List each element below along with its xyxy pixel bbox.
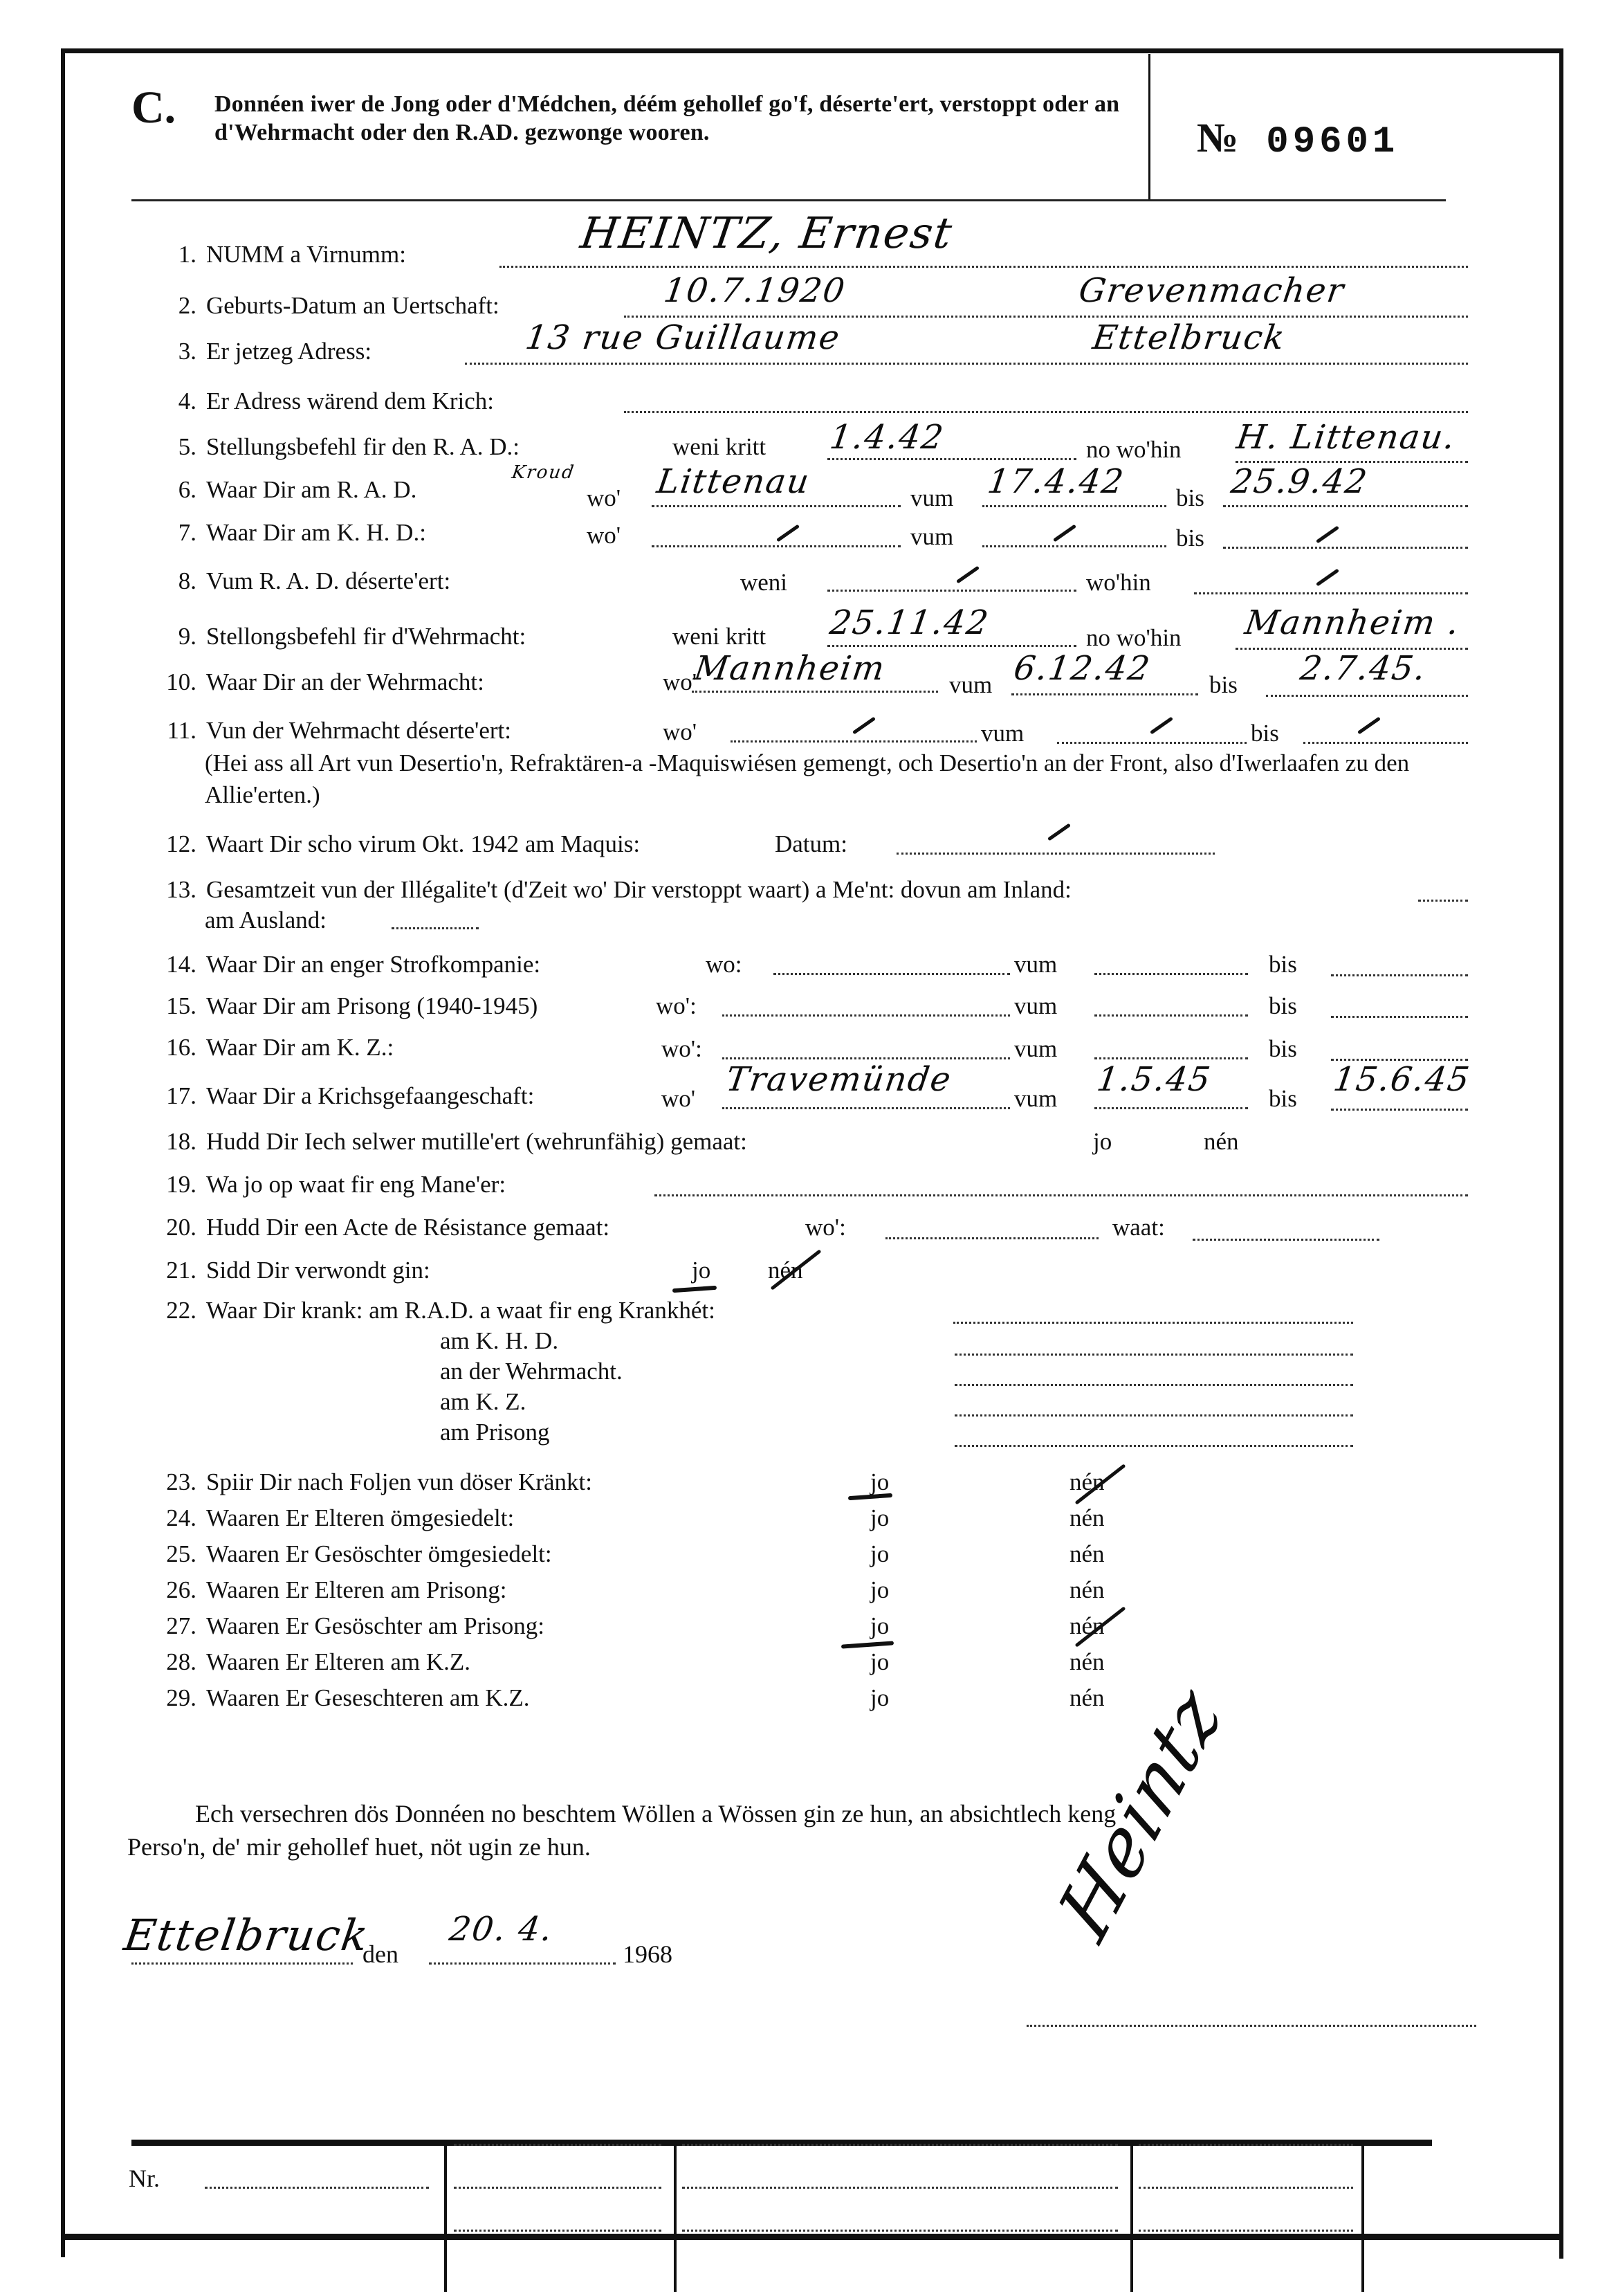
field-6-to-input[interactable]	[1223, 505, 1468, 507]
field-6-where-input[interactable]	[652, 505, 901, 507]
field-1-value[interactable]: HEINTZ, Ernest	[578, 208, 956, 258]
field-8-where-input[interactable]	[1194, 592, 1468, 594]
field-8-when-dash	[956, 566, 980, 584]
footer-cell-2-2[interactable]	[454, 2187, 661, 2189]
field-1-input[interactable]	[499, 266, 1468, 268]
field-11-to-dash	[1357, 717, 1381, 735]
field-13: 13.Gesamtzeit vun der Illégalite't (d'Ze…	[147, 873, 1072, 906]
field-9-where[interactable]: Mannheim .	[1242, 603, 1462, 642]
field-6-from[interactable]: 17.4.42	[985, 462, 1127, 501]
field-24-yes[interactable]: jo	[870, 1502, 889, 1535]
field-22: 22.Waar Dir krank: am R.A.D. a waat fir …	[147, 1294, 715, 1327]
field-26-yes[interactable]: jo	[870, 1574, 889, 1607]
field-7-from-dash	[1053, 525, 1076, 543]
field-17-from[interactable]: 1.5.45	[1094, 1060, 1214, 1099]
field-10-where[interactable]: Mannheim	[692, 649, 888, 688]
field-10-from[interactable]: 6.12.42	[1011, 649, 1153, 688]
field-17-where[interactable]: Travemünde	[724, 1060, 954, 1099]
field-21-yes-mark	[672, 1286, 717, 1293]
field-5-where[interactable]: H. Littenau.	[1234, 418, 1458, 457]
field-4: 4.Er Adress wärend dem Krich:	[147, 385, 494, 418]
frame-bottom-border	[61, 2234, 1563, 2240]
place-value[interactable]: Ettelbruck	[121, 1910, 372, 1960]
field-6: 6.Waar Dir am R. A. D.	[147, 473, 416, 507]
field-25-no[interactable]: nén	[1069, 1538, 1105, 1571]
header-separator	[1148, 54, 1150, 199]
field-14-from-input[interactable]	[1094, 973, 1248, 975]
field-6-where[interactable]: Littenau	[654, 462, 813, 501]
date-value[interactable]: 20. 4.	[447, 1910, 555, 1949]
field-17-where-input[interactable]	[722, 1107, 1010, 1109]
nr-label: Nr.	[129, 2162, 160, 2195]
footer-cell-2-3[interactable]	[454, 2230, 661, 2232]
field-15-where-input[interactable]	[722, 1014, 1010, 1017]
field-15: 15.Waar Dir am Prisong (1940-1945)	[147, 990, 538, 1023]
place-input[interactable]	[131, 1962, 353, 1965]
field-24-no[interactable]: nén	[1069, 1502, 1105, 1535]
footer-cell-2-1[interactable]	[454, 2144, 661, 2146]
field-2-place[interactable]: Grevenmacher	[1076, 271, 1347, 310]
footer-col-divider-3	[1130, 2145, 1133, 2292]
field-21: 21.Sidd Dir verwondt gin:	[147, 1254, 430, 1287]
field-22-rad-input[interactable]	[953, 1322, 1353, 1324]
field-11-where-dash	[852, 717, 876, 735]
den-label: den	[362, 1938, 398, 1971]
frame-left-border	[61, 50, 65, 2257]
numero-sign: №	[1197, 115, 1238, 161]
field-11-to-input[interactable]	[1303, 742, 1468, 744]
field-6-annotation: Kroud	[511, 462, 576, 483]
field-18: 18.Hudd Dir Iech selwer mutille'ert (weh…	[147, 1125, 747, 1158]
field-20: 20.Hudd Dir een Acte de Résistance gemaa…	[147, 1211, 609, 1244]
field-3-input[interactable]	[465, 363, 1468, 365]
footer-col-divider-4	[1361, 2145, 1364, 2292]
footer-col-divider-2	[674, 2145, 677, 2292]
field-26: 26.Waaren Er Elteren am Prisong:	[147, 1574, 507, 1607]
year-label: 1968	[623, 1938, 672, 1971]
field-12-input[interactable]	[897, 853, 1215, 855]
field-17-to-input[interactable]	[1331, 1109, 1468, 1111]
field-12: 12.Waart Dir scho virum Okt. 1942 am Maq…	[147, 828, 640, 861]
field-9-when-input[interactable]	[827, 645, 1076, 647]
field-19: 19.Wa jo op waat fir eng Mane'er:	[147, 1168, 506, 1201]
field-22-kz-input[interactable]	[955, 1414, 1353, 1416]
field-7-from-input[interactable]	[982, 545, 1166, 547]
field-4-input[interactable]	[624, 411, 1468, 413]
signature-line[interactable]	[1027, 2025, 1476, 2027]
field-9: 9.Stellongsbefehl fir d'Wehrmacht:	[147, 620, 526, 653]
field-3-town[interactable]: Ettelbruck	[1090, 318, 1288, 357]
nr-input[interactable]	[205, 2187, 429, 2189]
field-6-from-input[interactable]	[982, 505, 1166, 507]
field-13-abroad-input[interactable]	[392, 927, 479, 929]
field-28-yes[interactable]: jo	[870, 1646, 889, 1679]
field-7-where-dash	[776, 525, 800, 543]
field-13-inland-input[interactable]	[1418, 900, 1468, 902]
field-18-yes[interactable]: jo	[1093, 1125, 1112, 1158]
field-29-yes[interactable]: jo	[870, 1682, 889, 1715]
section-letter: C.	[131, 82, 176, 134]
field-6-to[interactable]: 25.9.42	[1229, 462, 1370, 501]
serial-value: 09601	[1266, 121, 1399, 163]
field-17-to[interactable]: 15.6.45	[1331, 1060, 1473, 1099]
field-17-from-input[interactable]	[1094, 1107, 1248, 1109]
field-21-yes[interactable]: jo	[692, 1254, 710, 1287]
field-3-street[interactable]: 13 rue Guillaume	[523, 318, 843, 357]
field-20-what-input[interactable]	[1193, 1239, 1379, 1241]
field-17: 17.Waar Dir a Krichsgefaangeschaft:	[147, 1079, 534, 1113]
field-7-to-dash	[1316, 526, 1339, 544]
field-8-where-dash	[1316, 569, 1339, 587]
field-15-from-input[interactable]	[1094, 1014, 1248, 1017]
field-5-when[interactable]: 1.4.42	[827, 418, 947, 457]
field-10-to[interactable]: 2.7.45.	[1298, 649, 1429, 688]
field-11-from-input[interactable]	[1057, 742, 1247, 744]
field-29-no[interactable]: nén	[1069, 1682, 1105, 1715]
field-12-dash	[1047, 823, 1071, 841]
field-8: 8.Vum R. A. D. déserte'ert:	[147, 565, 450, 598]
date-input[interactable]	[429, 1962, 616, 1965]
field-8-when-input[interactable]	[827, 590, 1076, 592]
field-16: 16.Waar Dir am K. Z.:	[147, 1031, 394, 1064]
field-25: 25.Waaren Er Gesöschter ömgesiedelt:	[147, 1538, 552, 1571]
frame-right-border	[1559, 51, 1563, 2259]
field-28-no[interactable]: nén	[1069, 1646, 1105, 1679]
field-11: 11.Vun der Wehrmacht déserte'ert:	[147, 714, 511, 747]
field-11-from-dash	[1150, 717, 1173, 735]
field-20-where-input[interactable]	[885, 1237, 1099, 1239]
footer-cell-3-3[interactable]	[682, 2230, 1118, 2232]
field-25-yes[interactable]: jo	[870, 1538, 889, 1571]
field-11-note: (Hei ass all Art vun Desertio'n, Refrakt…	[205, 747, 1471, 811]
field-14: 14.Waar Dir an enger Strofkompanie:	[147, 948, 540, 981]
field-22-wehrmacht-input[interactable]	[955, 1384, 1353, 1386]
field-1: 1.NUMM a Virnumm:	[147, 238, 406, 271]
footer-cell-4-2[interactable]	[1139, 2187, 1353, 2189]
footer-cell-4-3[interactable]	[1139, 2230, 1353, 2232]
field-23-yes-mark	[848, 1493, 892, 1500]
footer-col-divider-1	[444, 2145, 447, 2292]
field-10-from-input[interactable]	[1011, 693, 1198, 695]
field-27: 27.Waaren Er Gesöschter am Prisong:	[147, 1610, 544, 1643]
field-19-input[interactable]	[654, 1194, 1468, 1196]
field-5: 5.Stellungsbefehl fir den R. A. D.:	[147, 430, 520, 464]
declaration-line-2: Perso'n, de' mir gehollef huet, nöt ugin…	[127, 1830, 591, 1864]
field-2-date[interactable]: 10.7.1920	[661, 271, 848, 310]
footer-cell-3-1[interactable]	[682, 2144, 1118, 2146]
field-9-when[interactable]: 25.11.42	[827, 603, 992, 642]
field-16-from-input[interactable]	[1094, 1057, 1248, 1059]
serial-number: №09601	[1197, 114, 1399, 163]
field-3: 3.Er jetzeg Adress:	[147, 335, 371, 368]
field-label: NUMM a Virnumm:	[206, 241, 406, 268]
frame-top-border	[61, 48, 1563, 53]
field-5-when-input[interactable]	[827, 458, 1076, 460]
declaration-line-1: Ech versechren dös Donnéen no beschtem W…	[195, 1796, 1116, 1831]
field-14-where-input[interactable]	[773, 973, 1010, 975]
field-27-yes[interactable]: jo	[870, 1610, 889, 1643]
footer-cell-4-1[interactable]	[1139, 2144, 1353, 2146]
field-22-prisong-input[interactable]	[955, 1445, 1353, 1447]
field-7-to-input[interactable]	[1223, 547, 1468, 549]
field-22-khd-input[interactable]	[955, 1354, 1353, 1356]
field-7-where-input[interactable]	[652, 545, 901, 547]
field-24: 24.Waaren Er Elteren ömgesiedelt:	[147, 1502, 514, 1535]
field-7: 7.Waar Dir am K. H. D.:	[147, 516, 426, 549]
field-29: 29.Waaren Er Geseschteren am K.Z.	[147, 1682, 530, 1715]
field-2-input[interactable]	[624, 316, 1468, 318]
field-15-to-input[interactable]	[1331, 1016, 1468, 1018]
field-10-to-input[interactable]	[1266, 695, 1468, 697]
field-26-no[interactable]: nén	[1069, 1574, 1105, 1607]
field-16-where-input[interactable]	[722, 1057, 1010, 1059]
field-18-no[interactable]: nén	[1204, 1125, 1239, 1158]
field-23: 23.Spiir Dir nach Foljen vun döser Kränk…	[147, 1466, 592, 1499]
section-title: Donnéen iwer de Jong oder d'Médchen, déé…	[214, 90, 1121, 147]
field-11-where-input[interactable]	[731, 740, 977, 742]
field-14-to-input[interactable]	[1331, 974, 1468, 976]
field-10: 10.Waar Dir an der Wehrmacht:	[147, 666, 484, 699]
footer-cell-3-2[interactable]	[682, 2187, 1118, 2189]
field-10-where-input[interactable]	[692, 691, 938, 693]
header-rule	[131, 199, 1446, 201]
field-2: 2.Geburts-Datum an Uertschaft:	[147, 289, 499, 322]
field-28: 28.Waaren Er Elteren am K.Z.	[147, 1646, 470, 1679]
